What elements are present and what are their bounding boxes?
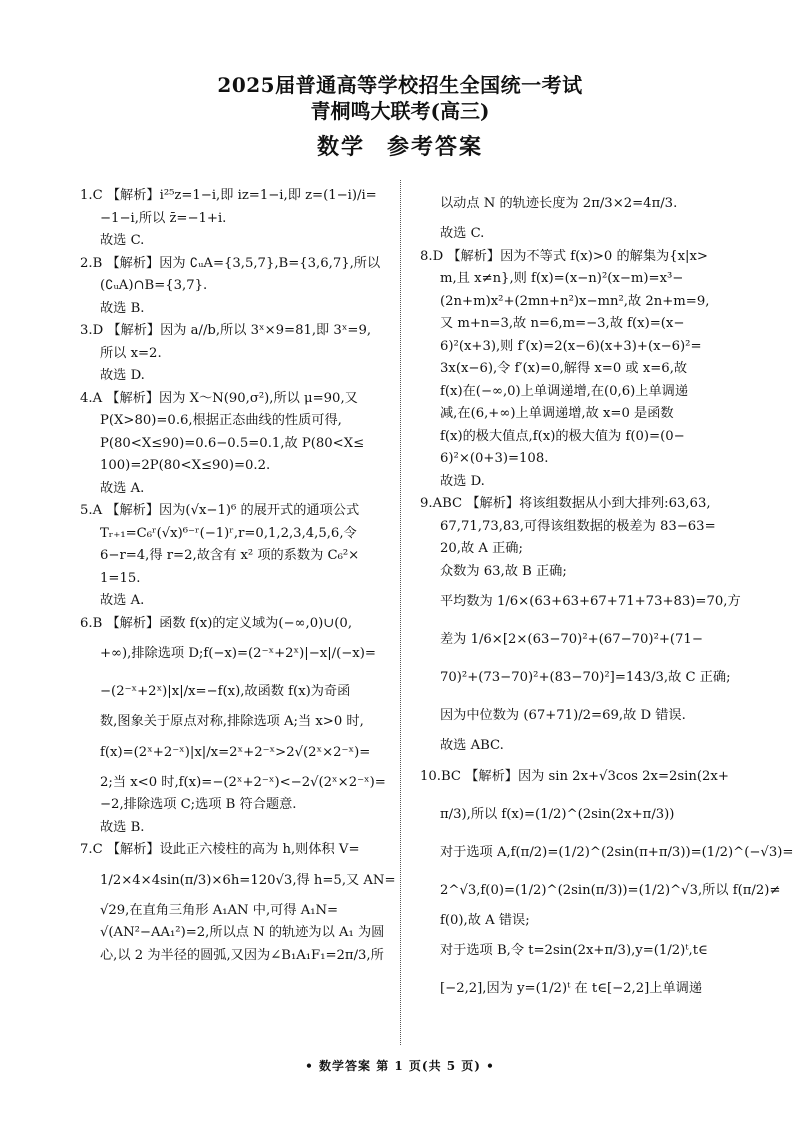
answer-text-line: [−2,2],因为 y=(1/2)ᵗ 在 t∈[−2,2]上单调递: [420, 970, 740, 1008]
answer-text-line: f(0),故 A 错误;: [420, 910, 740, 933]
answer-text-line: 故选 B.: [80, 298, 392, 321]
answer-text-line: 对于选项 A,f(π/2)=(1/2)^(2sin(π+π/3))=(1/2)^…: [420, 834, 740, 872]
answer-text-line: P(80<X≤90)=0.6−0.5=0.1,故 P(80<X≤: [80, 433, 392, 456]
answer-text-line: 所以 x=2.: [80, 343, 392, 366]
answer-text-line: 故选 C.: [80, 230, 392, 253]
answer-text-line: 减,在(6,+∞)上单调递增,故 x=0 是函数: [420, 403, 740, 426]
column-divider: [400, 180, 401, 1045]
answer-item-start: 4.A 【解析】因为 X～N(90,σ²),所以 μ=90,又: [80, 388, 392, 411]
page-footer: • 数学答案 第 1 页(共 5 页) •: [0, 1057, 800, 1074]
answer-text-line: f(x)在(−∞,0)上单调递增,在(0,6)上单调递: [420, 381, 740, 404]
answer-text-line: −1−i,所以 z̄=−1+i.: [80, 208, 392, 231]
answer-text-line: 1=15.: [80, 568, 392, 591]
answer-text-line: 故选 D.: [80, 365, 392, 388]
answer-text-line: 众数为 63,故 B 正确;: [420, 561, 740, 584]
answer-text-line: 6)²(x+3),则 f′(x)=2(x−6)(x+3)+(x−6)²=: [420, 336, 740, 359]
answer-text-line: 70)²+(73−70)²+(83−70)²]=143/3,故 C 正确;: [420, 659, 740, 697]
answer-text-line: π/3),所以 f(x)=(1/2)^(2sin(2x+π/3)): [420, 796, 740, 834]
answer-text-line: 平均数为 1/6×(63+63+67+71+73+83)=70,方: [420, 583, 740, 621]
answer-text-line: f(x)=(2ˣ+2⁻ˣ)|x|/x=2ˣ+2⁻ˣ>2√(2ˣ×2⁻ˣ)=: [80, 734, 392, 772]
exam-title: 2025届普通高等学校招生全国统一考试: [0, 72, 800, 98]
exam-subtitle: 青桐鸣大联考(高三): [0, 98, 800, 124]
answer-text-line: −(2⁻ˣ+2ˣ)|x|/x=−f(x),故函数 f(x)为奇函: [80, 673, 392, 711]
answer-item-start: 9.ABC 【解析】将该组数据从小到大排列:63,63,: [420, 493, 740, 516]
answer-text-line: 故选 C.: [420, 223, 740, 246]
answer-text-line: 67,71,73,83,可得该组数据的极差为 83−63=: [420, 516, 740, 539]
answer-text-line: 1/2×4×4sin(π/3)×6h=120√3,得 h=5,又 AN=: [80, 862, 392, 900]
document-header: 2025届普通高等学校招生全国统一考试 青桐鸣大联考(高三) 数学参考答案: [0, 72, 800, 162]
subject-label: 数学: [317, 134, 365, 160]
answer-text-line: 又 m+n=3,故 n=6,m=−3,故 f(x)=(x−: [420, 313, 740, 336]
answer-text-line: 2;当 x<0 时,f(x)=−(2ˣ+2⁻ˣ)<−2√(2ˣ×2⁻ˣ)=: [80, 772, 392, 795]
answer-text-line: 差为 1/6×[2×(63−70)²+(67−70)²+(71−: [420, 621, 740, 659]
answer-text-line: 数,图象关于原点对称,排除选项 A;当 x>0 时,: [80, 711, 392, 734]
answer-text-line: 心,以 2 为半径的圆弧,又因为∠B₁A₁F₁=2π/3,所: [80, 945, 392, 968]
answer-text-line: (∁ᵤA)∩B={3,7}.: [80, 275, 392, 298]
answer-text-line: 6)²×(0+3)=108.: [420, 448, 740, 471]
answer-item-start: 2.B 【解析】因为 ∁ᵤA={3,5,7},B={3,6,7},所以: [80, 253, 392, 276]
answer-text-line: m,且 x≠n},则 f(x)=(x−n)²(x−m)=x³−: [420, 268, 740, 291]
answer-item-start: 6.B 【解析】函数 f(x)的定义域为(−∞,0)∪(0,: [80, 613, 392, 636]
answer-text-line: 以动点 N 的轨迹长度为 2π/3×2=4π/3.: [420, 185, 740, 223]
answer-text-line: 20,故 A 正确;: [420, 538, 740, 561]
answer-text-line: 故选 ABC.: [420, 735, 740, 758]
answer-text-line: 3x(x−6),令 f′(x)=0,解得 x=0 或 x=6,故: [420, 358, 740, 381]
answer-item-start: 5.A 【解析】因为(√x−1)⁶ 的展开式的通项公式: [80, 500, 392, 523]
answer-text-line: 对于选项 B,令 t=2sin(2x+π/3),y=(1/2)ᵗ,t∈: [420, 932, 740, 970]
answer-text-line: 2^√3,f(0)=(1/2)^(2sin(π/3))=(1/2)^√3,所以 …: [420, 872, 740, 910]
answer-text-line: f(x)的极大值点,f(x)的极大值为 f(0)=(0−: [420, 426, 740, 449]
answer-text-line: Tᵣ₊₁=C₆ʳ(√x)⁶⁻ʳ(−1)ʳ,r=0,1,2,3,4,5,6,令: [80, 523, 392, 546]
answer-text-line: √(AN²−AA₁²)=2,所以点 N 的轨迹为以 A₁ 为圆: [80, 922, 392, 945]
answer-text-line: 故选 D.: [420, 471, 740, 494]
answer-text-line: (2n+m)x²+(2mn+n²)x−mn²,故 2n+m=9,: [420, 291, 740, 314]
answer-item-start: 1.C 【解析】i²⁵z=1−i,即 iz=1−i,即 z=(1−i)/i=: [80, 185, 392, 208]
answer-item-start: 3.D 【解析】因为 a//b,所以 3ˣ×9=81,即 3ˣ=9,: [80, 320, 392, 343]
answer-text-line: 故选 A.: [80, 478, 392, 501]
answer-text-line: P(X>80)=0.6,根据正态曲线的性质可得,: [80, 410, 392, 433]
answer-item-start: 8.D 【解析】因为不等式 f(x)>0 的解集为{x|x>: [420, 246, 740, 269]
answer-text-line: 因为中位数为 (67+71)/2=69,故 D 错误.: [420, 697, 740, 735]
answer-text-line: 100)=2P(80<X≤90)=0.2.: [80, 455, 392, 478]
answer-text-line: −2,排除选项 C;选项 B 符合题意.: [80, 794, 392, 817]
right-column: 以动点 N 的轨迹长度为 2π/3×2=4π/3.故选 C.8.D 【解析】因为…: [420, 185, 740, 1008]
doc-heading: 数学参考答案: [0, 132, 800, 162]
answer-text-line: √29,在直角三角形 A₁AN 中,可得 A₁N=: [80, 900, 392, 923]
answer-item-start: 10.BC 【解析】因为 sin 2x+√3cos 2x=2sin(2x+: [420, 758, 740, 796]
left-column: 1.C 【解析】i²⁵z=1−i,即 iz=1−i,即 z=(1−i)/i=−1…: [80, 185, 392, 967]
answer-text-line: +∞),排除选项 D;f(−x)=(2⁻ˣ+2ˣ)|−x|/(−x)=: [80, 635, 392, 673]
answer-item-start: 7.C 【解析】设此正六棱柱的高为 h,则体积 V=: [80, 839, 392, 862]
doc-type-label: 参考答案: [387, 134, 483, 160]
answer-text-line: 故选 A.: [80, 590, 392, 613]
answer-text-line: 故选 B.: [80, 817, 392, 840]
answer-text-line: 6−r=4,得 r=2,故含有 x² 项的系数为 C₆²×: [80, 545, 392, 568]
